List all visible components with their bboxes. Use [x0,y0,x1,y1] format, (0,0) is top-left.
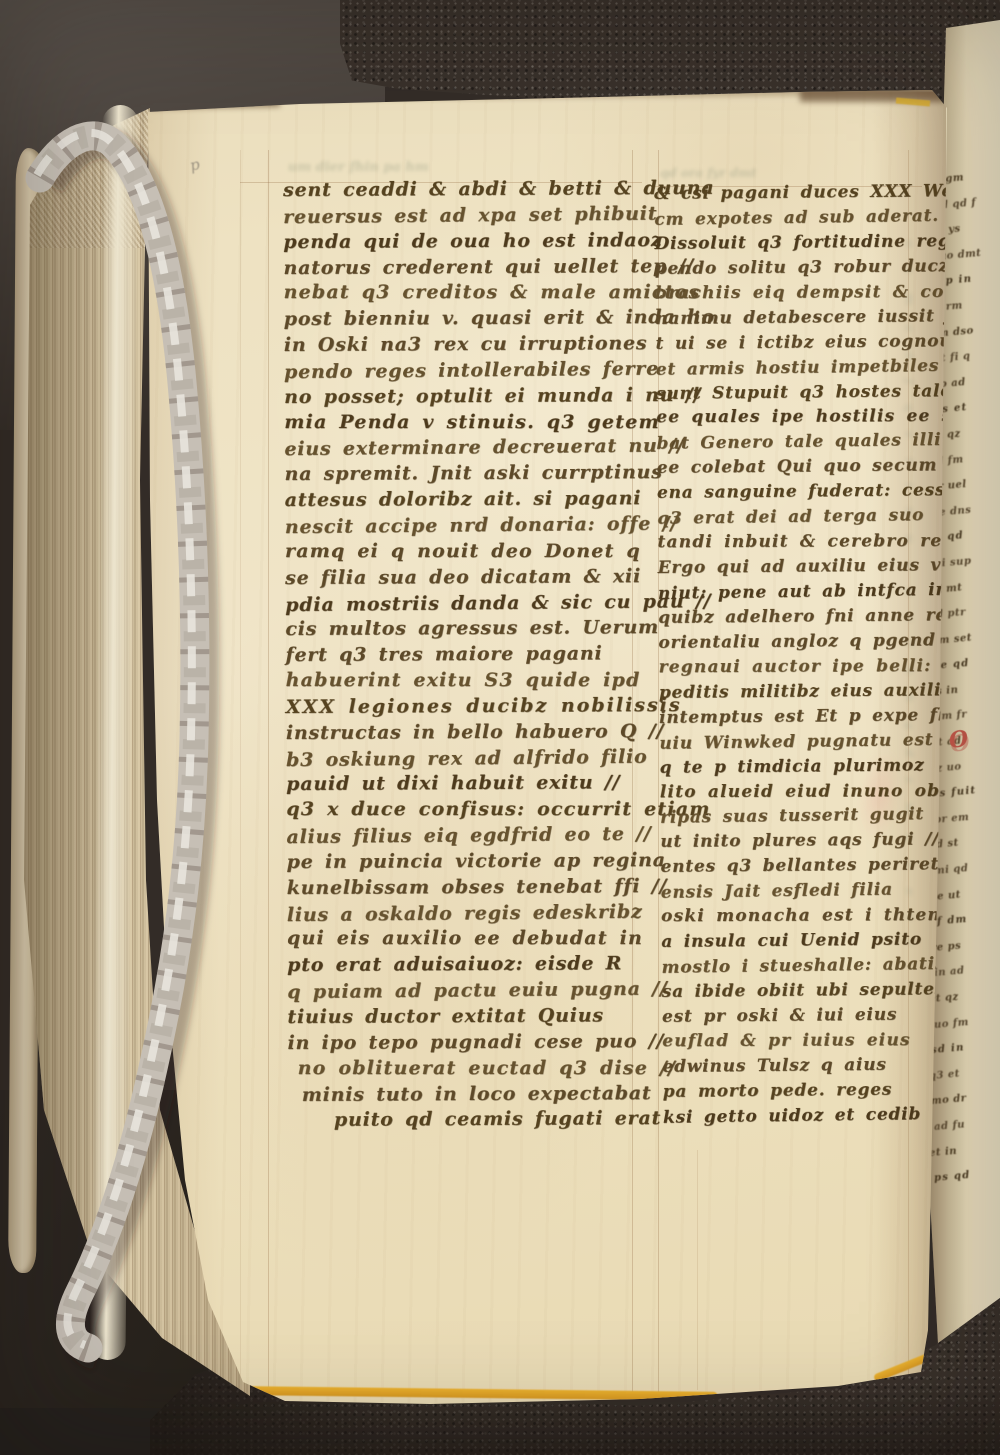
manuscript-line: quibz adelhero fni anne rex [658,603,922,630]
manuscript-line: sa ibide obiit ubi sepultes [662,977,926,1004]
manuscript-line: reuersus est ad xpa set phibuit [283,201,645,230]
manuscript-line: edwinus Tulsz q aius [662,1052,926,1079]
manuscript-line: oski monacha est i thten [661,903,925,929]
manuscript-line: euflad & pr iuius eius [662,1028,926,1054]
manuscript-line: ksi getto uidoz et cedib [663,1102,927,1131]
manuscript-line: kunelbissam obses tenebat ffi // [287,874,649,902]
manuscript-line: cis multos agressus est. Uerum [285,615,647,643]
manuscript-line: cm expotes ad sub aderat. [654,204,918,233]
manuscript-line: pto erat aduisaiuoz: eisde R [287,951,649,979]
manuscript-line: et armis hostiu impetbiles [656,354,920,383]
manuscript-line: b3 oskiung rex ad alfrido filio [286,744,648,773]
manuscript-line: fert q3 tres maiore pagani [285,641,647,669]
manuscript-line: nescit accipe nrd donaria: offe // [285,512,647,541]
text-column-left: sent ceaddi & abdi & betti & duunareuers… [283,176,650,1134]
manuscript-line: & csi pagani duces XXX We [654,179,918,206]
manuscript-line: minis tuto in loco expectabat [288,1081,650,1109]
manuscript-line: entes q3 bellantes periret [660,853,924,880]
manuscript-line: orientaliu angloz q pgend [658,628,922,655]
ruling-vertical-6 [697,1150,698,1390]
manuscript-line: nanimu detabescere iussit Jn [655,304,919,331]
rubricated-initial: O [948,726,970,754]
manuscript-line: in Oski na3 rex cu irruptiones [284,331,646,359]
manuscript-line: penda qui de oua ho est indaoz [283,228,645,256]
manuscript-line: XXX legiones ducibz nobilissis [286,693,648,721]
manuscript-line: peditis militibz eius auxiliis [659,678,923,705]
manuscript-line: lito alueid eiud inuno ob [660,779,924,805]
manuscript-line: sunt Stupuit q3 hostes tales [656,379,920,406]
manuscript-line: mia Penda v stinuis. q3 getem [284,410,646,436]
manuscript-line: intemptus est Et p expe flu // [659,703,923,730]
manuscript-line: ensis Jait esfledi filia [661,877,925,906]
manuscript-line: mostlo i stueshalle: abatis // [661,952,925,981]
bleedthrough-text-left: um dier fhin pa hm [288,160,429,175]
manuscript-line: post bienniu v. quasi erit & inda ho [284,305,646,333]
manuscript-line: puito qd ceamis fugati erat [288,1106,650,1134]
manuscript-line: t ui se i ictibz eius cognouit [655,329,919,356]
manuscript-line: pdia mostriis danda & sic cu pau // [285,589,647,618]
manuscript-line: bat Genero tale quales illi [656,429,920,458]
manuscript-line: ut inito plures aqs fugi // [660,828,924,855]
manuscript-line: tandi inbuit & cerebro respersit [657,529,921,555]
manuscript-line: q3 erat dei ad terga suo [657,503,921,532]
manuscript-line: ena sanguine fuderat: cessit [657,479,921,506]
manuscript-line: regnaui auctor ipe belli: [659,654,923,680]
manuscript-line: nebat q3 creditos & male amictos [284,280,646,306]
manuscript-line: est pr oski & iui eius [662,1002,926,1029]
ruling-vertical-2 [268,150,269,1395]
facing-page-line: ps qd [933,1160,1000,1192]
manuscript-line: q puiam ad pactu euiu pugna // [287,977,649,1006]
manuscript-line: se filia sua deo dicatam & xii [285,564,647,592]
text-column-right: & csi pagani duces XXX Wecm expotes ad s… [654,179,927,1129]
manuscript-photo: is gmad qd fnd ysfuo dmtsep inut rmam ds… [0,0,1000,1455]
ruling-vertical-1 [240,150,241,1395]
manuscript-line: no posset; optulit ei munda i nu // [284,383,646,411]
manuscript-line: pa morto pede. reges [663,1077,927,1104]
manuscript-line: sent ceaddi & abdi & betti & duuna [283,176,645,204]
manuscript-line: lius a oskaldo regis edeskribz [287,899,649,928]
manuscript-line: pe in puincia victorie ap regina [287,848,649,876]
manuscript-line: alius filius eiq egdfrid eo te // [286,822,648,851]
manuscript-line: ee quales ipe hostilis ee sole [656,405,920,431]
manuscript-line: no oblituerat euctad q3 dise // [288,1056,650,1082]
manuscript-line: qui eis auxilio ee debudat in [287,927,649,953]
manuscript-line: habuerint exitu S3 quide ipd [286,668,648,694]
manuscript-line: Ergo qui ad auxiliu eius ve // [658,554,922,581]
manuscript-line: q te p timdicia plurimoz [660,753,924,780]
manuscript-line: Dissoluit q3 fortitudine regs [654,229,918,256]
manuscript-line: q3 x duce confisus: occurrit etiam [286,797,648,823]
manuscript-line: uiu Winwked pugnatu est [659,728,923,757]
manuscript-line: tiuius ductor extitat Quius [287,1003,649,1031]
manuscript-line: na spremit. Jnit aski currptinus [284,460,646,488]
manuscript-line: ripas suas tusserit gugit [660,803,924,832]
manuscript-line: niut: pene aut ab intfca in [658,578,922,607]
manuscript-line: pendo solitu q3 robur ducz [655,254,919,281]
manuscript-line: brachiis eiq dempsit & cor mag // [655,280,919,306]
manuscript-line: ee colebat Qui quo secum ali // [657,454,921,481]
manuscript-line: natorus crederent qui uellet tep // [283,254,645,282]
manuscript-line: attesus doloribz ait. si pagani [285,486,647,514]
manuscript-line: in ipo tepo pugnadi cese puo // [287,1029,649,1057]
manuscript-line: pendo reges intollerabiles ferre [284,357,646,386]
manuscript-line: instructas in bello habuero Q // [286,719,648,747]
manuscript-line: ramq ei q nouit deo Donet q [285,539,647,565]
manuscript-line: a insula cui Uenid psito [661,928,925,955]
manuscript-line: eius exterminare decreuerat nu // [284,434,646,463]
manuscript-line: pauid ut dixi habuit exitu // [286,771,648,799]
